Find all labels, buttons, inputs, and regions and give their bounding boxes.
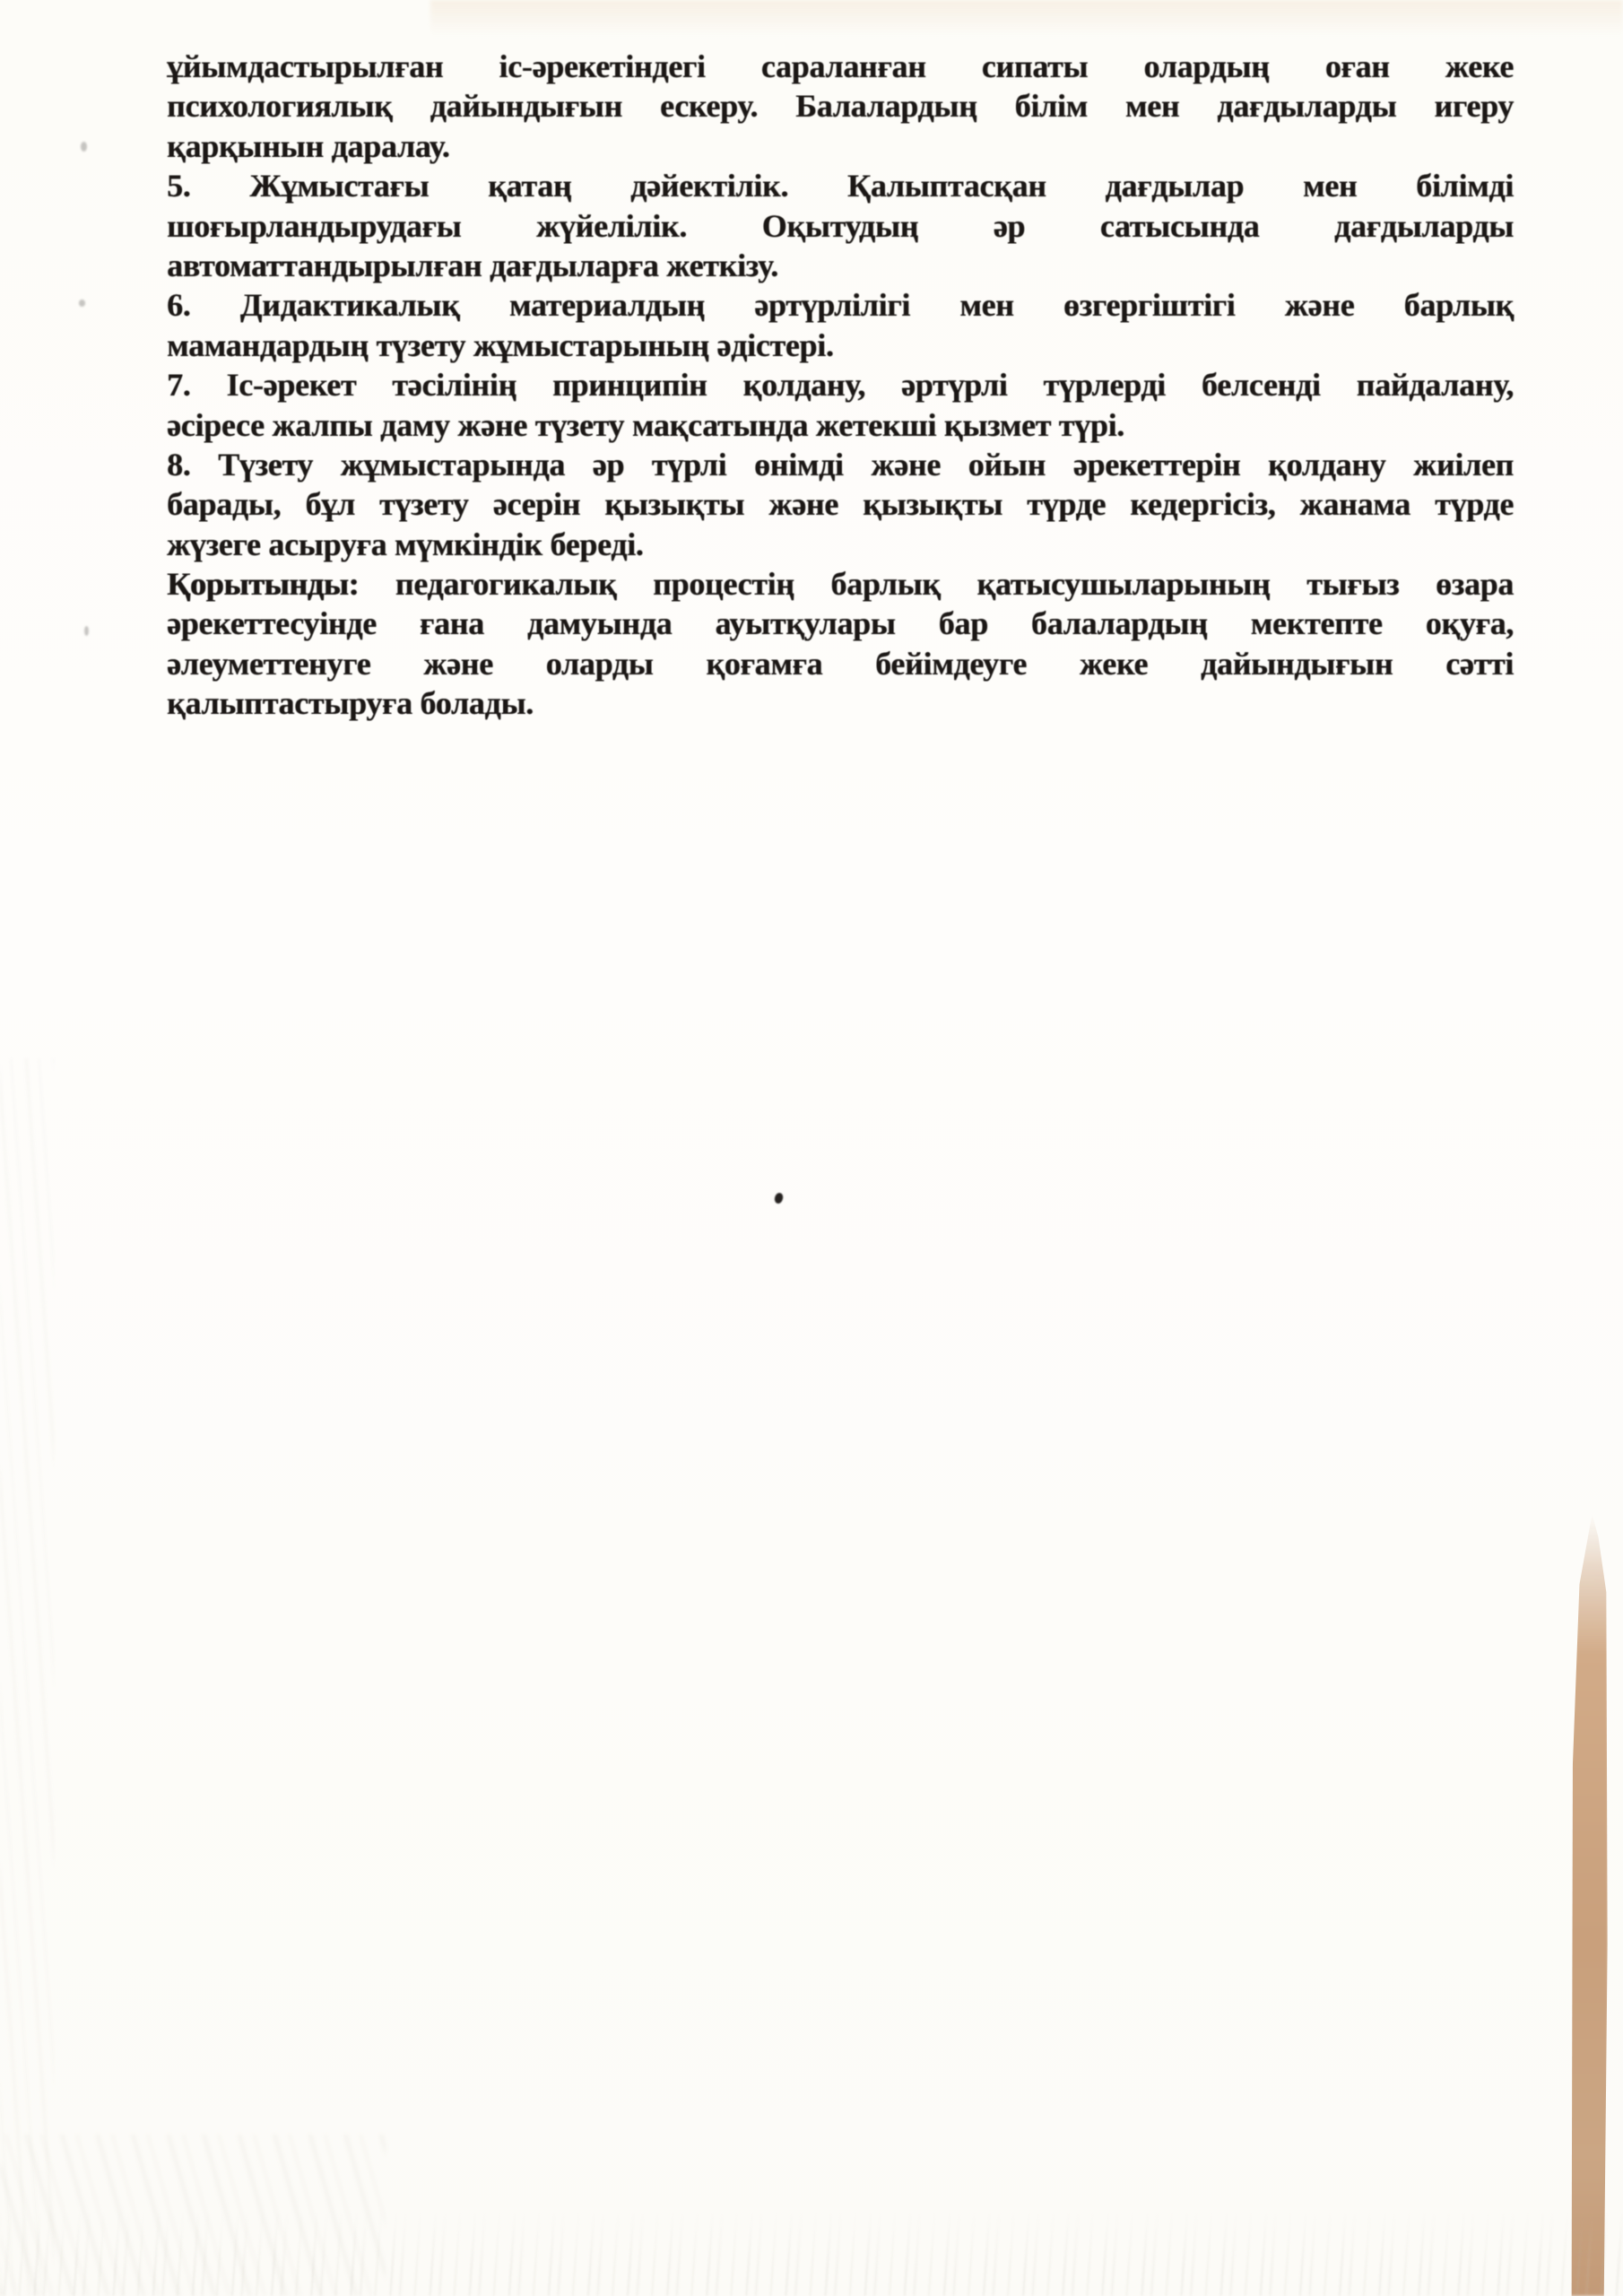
text-line: жүзеге асыруға мүмкіндік береді. [167,525,1514,564]
scan-speck-artifact [84,626,89,636]
text-line: барады, бұл түзету әсерін қызықты және қ… [167,484,1514,524]
paragraph-point-8: 8. Түзету жұмыстарында әр түрлі өнімді ж… [167,445,1514,564]
scan-top-tint-artifact [430,0,1623,36]
scan-speck-artifact [81,142,87,152]
text-line: әлеуметтенуге және оларды қоғамға бейімд… [167,644,1514,683]
text-line: Қорытынды: педагогикалық процестің барлы… [167,564,1514,604]
text-line: 5. Жұмыстағы қатаң дәйектілік. Қалыптасқ… [167,166,1514,205]
paragraph-conclusion: Қорытынды: педагогикалық процестің барлы… [167,564,1514,724]
text-line: қалыптастыруға болады. [167,683,1514,723]
scan-left-edge-texture [0,1058,54,2296]
text-line: психологиялық дайындығын ескеру. Балалар… [167,86,1514,126]
text-line: шоғырландырудағы жүйелілік. Оқытудың әр … [167,206,1514,246]
text-line: 7. Іс-әрекет тәсілінің принципін қолдану… [167,365,1514,404]
text-line: 8. Түзету жұмыстарында әр түрлі өнімді ж… [167,445,1514,484]
text-line: мамандардың түзету жұмыстарының әдістері… [167,326,1514,365]
text-line: 6. Дидактикалық материалдың әртүрлілігі … [167,285,1514,325]
paragraph-point-6: 6. Дидактикалық материалдың әртүрлілігі … [167,285,1514,365]
paragraph-point-5: 5. Жұмыстағы қатаң дәйектілік. Қалыптасқ… [167,166,1514,285]
text-line: әрекеттесуінде ғана дамуында ауытқулары … [167,604,1514,643]
text-line: автоматтандырылған дағдыларға жеткізу. [167,246,1514,285]
conclusion-label: Қорытынды: [167,566,359,602]
paragraph-point-4-continuation: ұйымдастырылған іс-әрекетіндегі сараланғ… [167,47,1514,166]
paragraph-point-7: 7. Іс-әрекет тәсілінің принципін қолдану… [167,365,1514,445]
conclusion-text: педагогикалық процестің барлық қатысушыл… [395,566,1514,602]
text-line: қарқынын даралау. [167,126,1514,166]
scan-bottom-edge-texture [0,2210,1623,2296]
scan-speck-artifact [79,300,85,307]
text-line: әсіресе жалпы даму және түзету мақсатынд… [167,405,1514,445]
text-line: ұйымдастырылған іс-әрекетіндегі сараланғ… [167,47,1514,86]
scanned-page: { "page": { "background_color": "#fdfcf9… [0,0,1623,2296]
document-text-block: ұйымдастырылған іс-әрекетіндегі сараланғ… [167,47,1514,724]
